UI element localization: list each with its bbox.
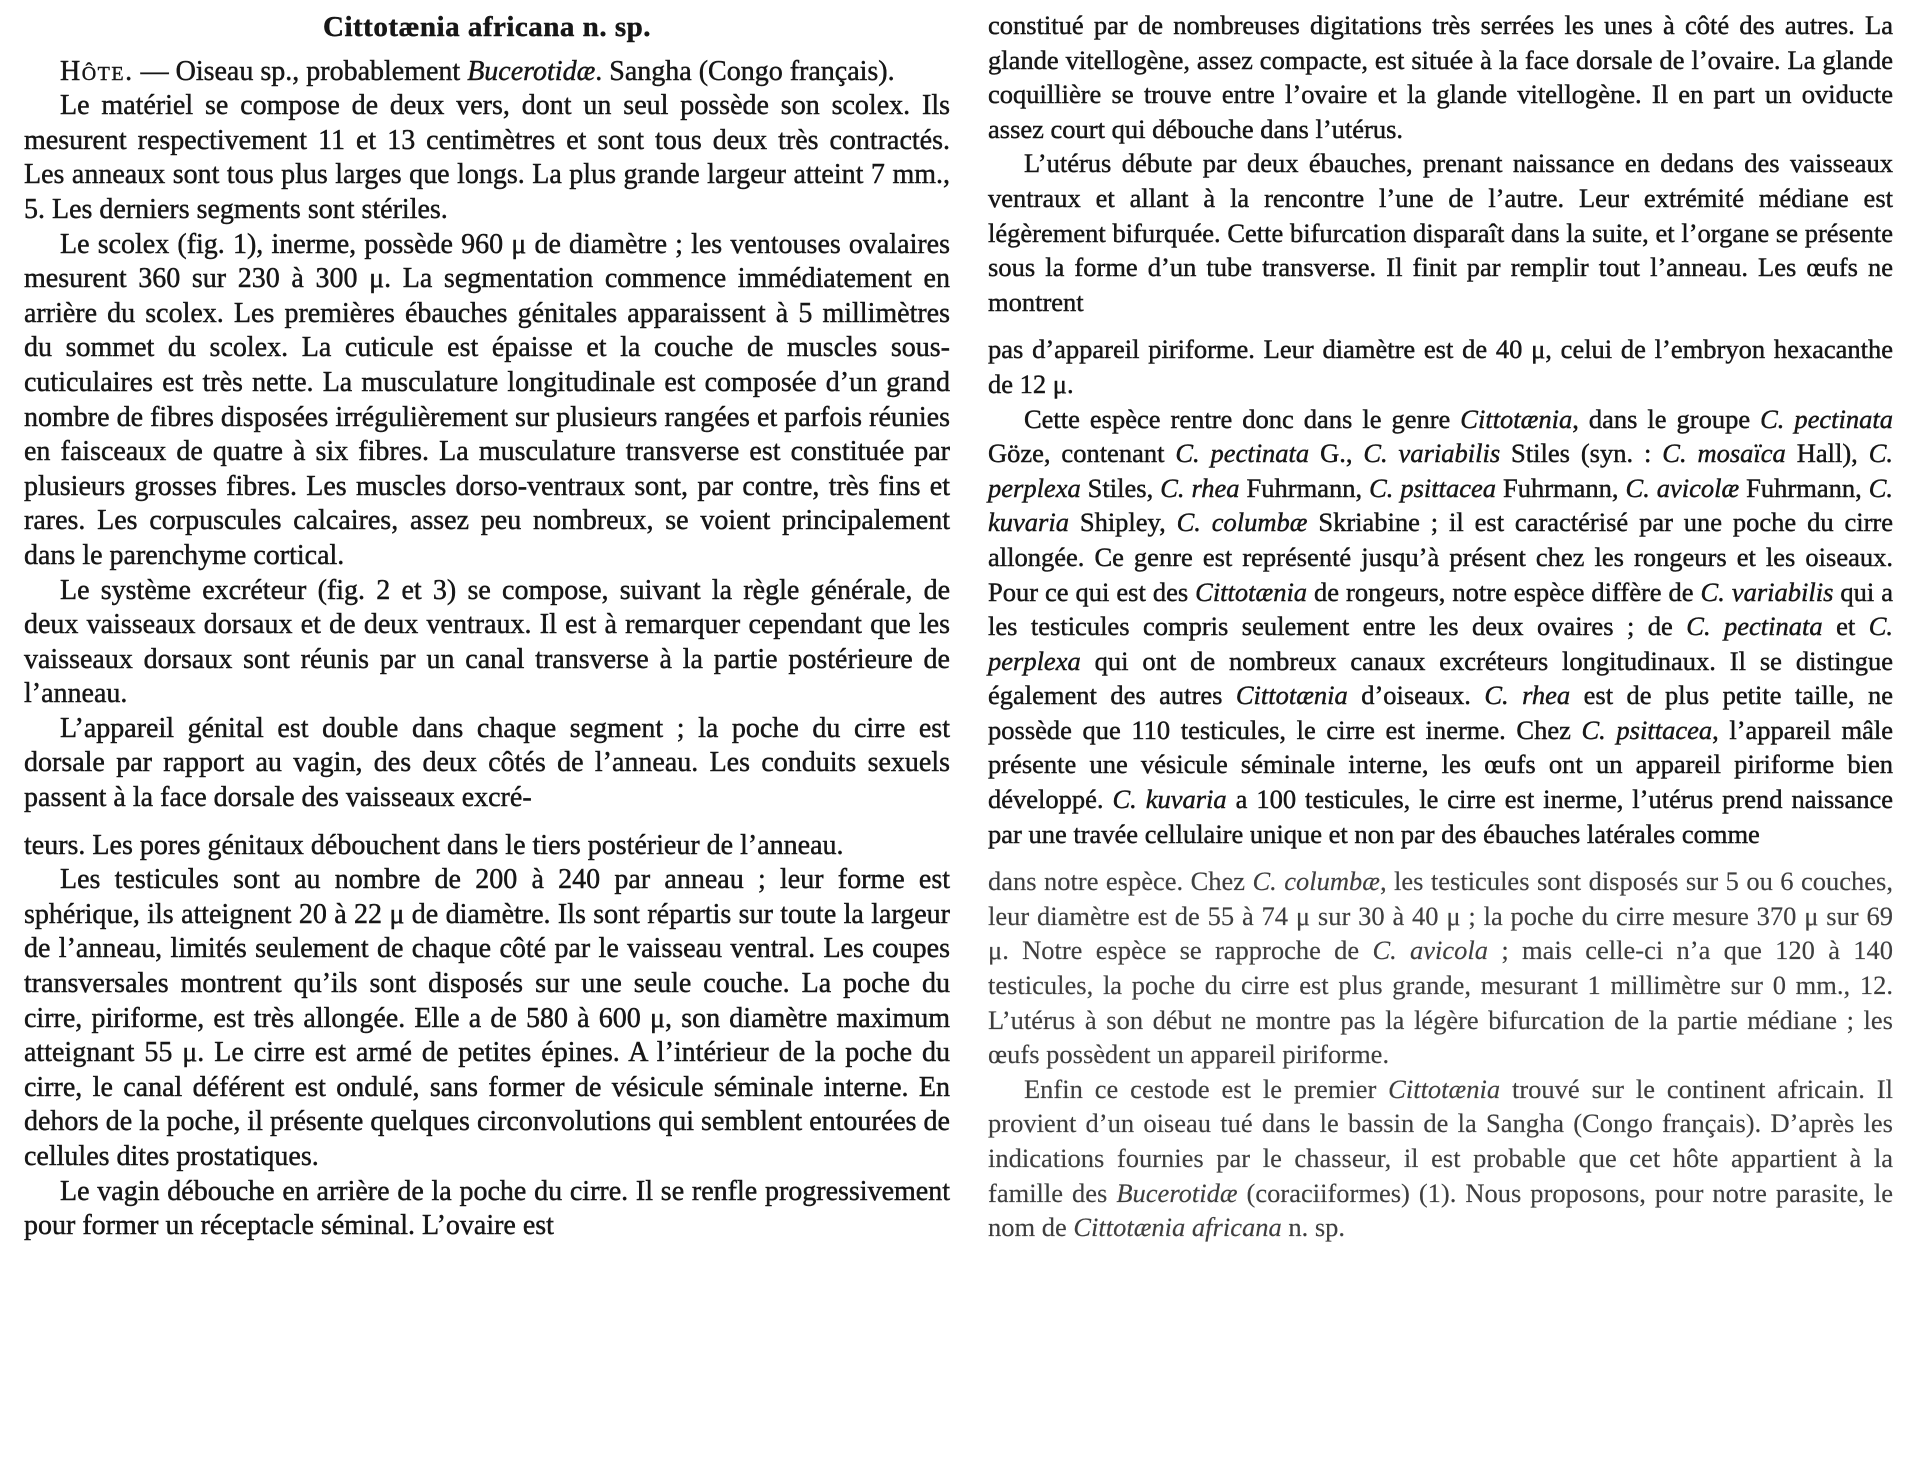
conclusion-paragraph: Enfin ce cestode est le premier Cittotæn… xyxy=(988,1072,1893,1245)
taxon-name: C. columbæ xyxy=(1253,866,1380,896)
genus-comparison-paragraph: Cette espèce rentre donc dans le genre C… xyxy=(988,402,1893,852)
taxon-name: Cittotænia xyxy=(1195,577,1307,607)
taxon-name: C. columbæ xyxy=(1177,507,1308,537)
taxon-name: Bucerotidæ xyxy=(467,56,595,87)
text-run: Le système excréteur (fig. 2 et 3) se co… xyxy=(24,575,950,710)
text-run: dans notre espèce. Chez xyxy=(988,866,1253,896)
taxon-name: C. rhea xyxy=(1160,473,1239,503)
taxon-name: C. psittacea xyxy=(1582,715,1713,745)
text-run: G., xyxy=(1309,438,1363,468)
text-run: Le vagin débouche en arrière de la poche… xyxy=(24,1176,950,1242)
text-run: , dans le groupe xyxy=(1572,404,1760,434)
text-run: de rongeurs, notre espèce diffère de xyxy=(1307,577,1700,607)
left-column: Cittotænia africana n. sp. Hôte. — Oisea… xyxy=(24,8,950,1479)
text-run: et xyxy=(1823,611,1869,641)
text-run: constitué par de nombreuses digitations … xyxy=(988,10,1893,144)
right-column-text: constitué par de nombreuses digitations … xyxy=(988,8,1893,1245)
taxon-name: C. kuvaria xyxy=(1112,784,1226,814)
taxon-name: Cittotænia africana xyxy=(1073,1212,1281,1242)
text-run: Cette espèce rentre donc dans le genre xyxy=(1024,404,1460,434)
taxon-name: Cittotænia xyxy=(1388,1074,1500,1104)
scolex-paragraph: Le scolex (fig. 1), inerme, possède 960 … xyxy=(24,228,950,574)
text-run: Fuhrmann, xyxy=(1496,473,1626,503)
text-run: Les testicules sont au nombre de 200 à 2… xyxy=(24,864,950,1172)
vagina-paragraph: Le vagin débouche en arrière de la poche… xyxy=(24,1175,950,1244)
text-run: Fuhrmann, xyxy=(1739,473,1869,503)
left-column-text: Hôte. — Oiseau sp., probablement Bucerot… xyxy=(24,55,950,1244)
uterus-paragraph-continued: pas d’appareil piriforme. Leur diamètre … xyxy=(988,332,1893,401)
text-run: Fuhrmann, xyxy=(1240,473,1370,503)
host-paragraph: Hôte. — Oiseau sp., probablement Bucerot… xyxy=(24,55,950,90)
taxon-name: C. variabilis xyxy=(1363,438,1500,468)
taxon-name: C. rhea xyxy=(1484,680,1570,710)
species-title: Cittotænia africana n. sp. xyxy=(24,10,950,45)
material-paragraph: Le matériel se compose de deux vers, don… xyxy=(24,89,950,227)
text-run: — Oiseau sp., probablement xyxy=(134,56,468,87)
text-run: Shipley, xyxy=(1069,507,1177,537)
right-column: constitué par de nombreuses digitations … xyxy=(988,8,1893,1479)
taxon-name: C. psittacea xyxy=(1369,473,1496,503)
taxon-name: C. pectinata xyxy=(1760,404,1893,434)
taxon-name: C. pectinata xyxy=(1686,611,1822,641)
text-run: L’utérus débute par deux ébauches, prena… xyxy=(988,148,1893,316)
text-run: Stiles (syn. : xyxy=(1500,438,1662,468)
taxon-name: Cittotænia xyxy=(1236,680,1348,710)
taxon-name: C. pectinata xyxy=(1175,438,1309,468)
text-run: d’oiseaux. xyxy=(1348,680,1485,710)
text-run: Enfin ce cestode est le premier xyxy=(1024,1074,1388,1104)
genus-comparison-paragraph-continued: dans notre espèce. Chez C. columbæ, les … xyxy=(988,864,1893,1072)
taxon-name: C. avicolæ xyxy=(1626,473,1740,503)
ovary-continuation-paragraph: constitué par de nombreuses digitations … xyxy=(988,8,1893,146)
text-run: . Sangha (Congo français). xyxy=(595,56,894,87)
genital-apparatus-paragraph-continued: teurs. Les pores génitaux débouchent dan… xyxy=(24,829,950,864)
testicles-paragraph: Les testicules sont au nombre de 200 à 2… xyxy=(24,863,950,1174)
text-run: pas d’appareil piriforme. Leur diamètre … xyxy=(988,334,1893,399)
text-run: teurs. Les pores génitaux débouchent dan… xyxy=(24,830,844,861)
taxon-name: C. mosaïca xyxy=(1662,438,1786,468)
text-run: Hall), xyxy=(1786,438,1869,468)
excretory-system-paragraph: Le système excréteur (fig. 2 et 3) se co… xyxy=(24,574,950,712)
genital-apparatus-paragraph: L’appareil génital est double dans chaqu… xyxy=(24,712,950,816)
taxon-name: Cittotænia xyxy=(1460,404,1572,434)
taxon-name: C. variabilis xyxy=(1701,577,1834,607)
text-run: Göze, contenant xyxy=(988,438,1175,468)
taxon-name: C. avicola xyxy=(1372,935,1488,965)
text-run: n. sp. xyxy=(1282,1212,1345,1242)
uterus-paragraph: L’utérus débute par deux ébauches, prena… xyxy=(988,146,1893,319)
text-run: Stiles, xyxy=(1081,473,1160,503)
taxon-name: Bucerotidæ xyxy=(1116,1178,1237,1208)
small-caps-run: Hôte. xyxy=(60,56,134,87)
text-run: Le scolex (fig. 1), inerme, possède 960 … xyxy=(24,229,950,571)
text-run: L’appareil génital est double dans chaqu… xyxy=(24,713,950,813)
text-run: Le matériel se compose de deux vers, don… xyxy=(24,90,950,225)
scanned-paper-page: Cittotænia africana n. sp. Hôte. — Oisea… xyxy=(0,0,1919,1479)
